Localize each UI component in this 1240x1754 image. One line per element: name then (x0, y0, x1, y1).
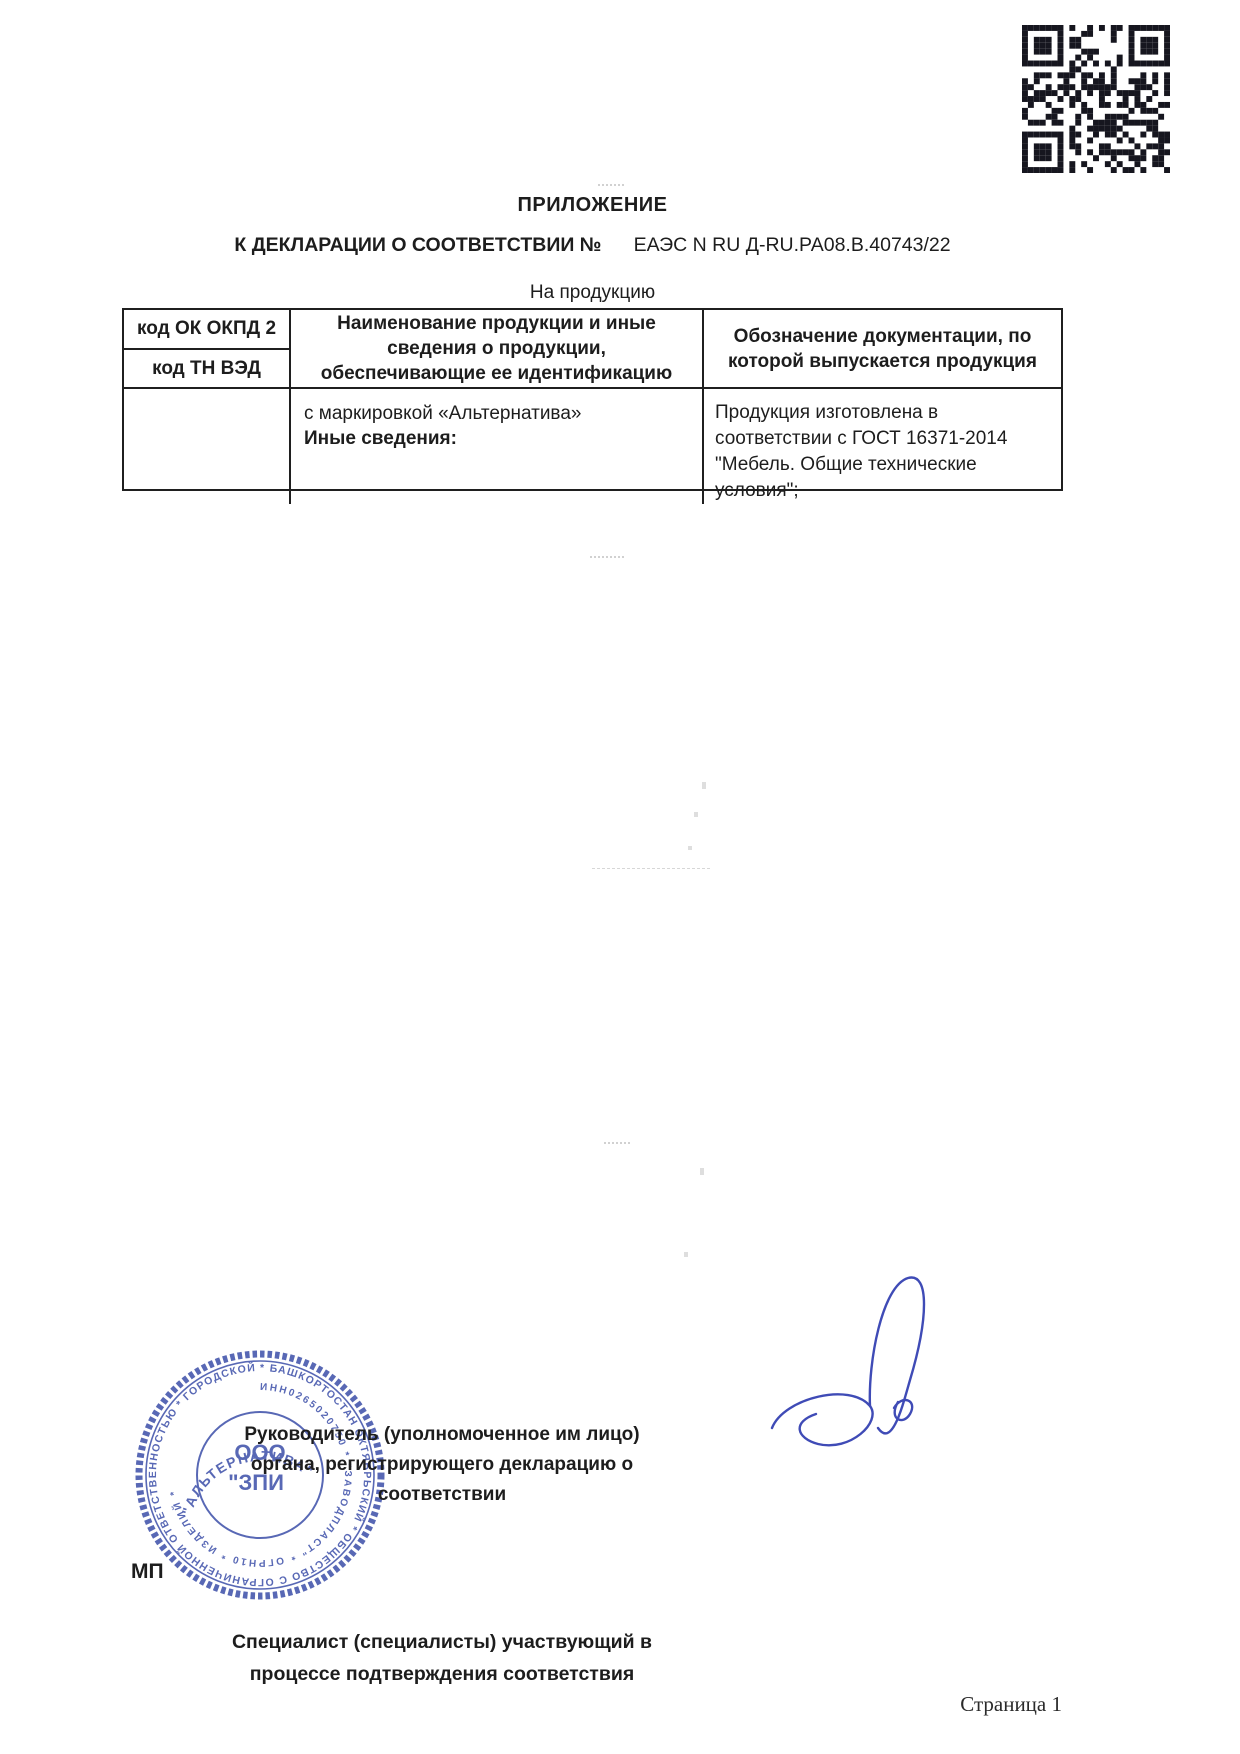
header-tnved: код ТН ВЭД (124, 350, 289, 388)
table-cell-code (124, 387, 289, 504)
doc-line: соответствии с ГОСТ 16371-2014 (715, 426, 1053, 452)
products-caption: На продукцию (122, 282, 1063, 304)
declaration-number-label: К ДЕКЛАРАЦИИ О СООТВЕТСТВИИ № (234, 234, 601, 257)
scan-artifact (700, 1168, 704, 1175)
header-line: обеспечивающие ее идентификацию (321, 361, 672, 386)
declaration-number: ЕАЭС N RU Д-RU.РА08.В.40743/22 (634, 234, 951, 257)
table-header-codes: код ОК ОКПД 2 код ТН ВЭД (124, 310, 289, 387)
qr-code (1022, 25, 1170, 173)
head-title-line: Руководитель (уполномоченное им лицо) (186, 1420, 698, 1450)
doc-line: Продукция изготовлена в (715, 400, 1053, 426)
doc-line: "Мебель. Общие технические (715, 452, 1053, 478)
scan-artifact (592, 868, 710, 869)
specialist-title-line: процессе подтверждения соответствия (186, 1658, 698, 1690)
product-marking: с маркировкой «Альтернатива» (304, 401, 692, 426)
scan-artifact (598, 184, 624, 191)
specialist-title: Специалист (специалисты) участвующий в п… (186, 1626, 698, 1690)
specialist-title-line: Специалист (специалисты) участвующий в (186, 1626, 698, 1658)
mp-label: МП (131, 1560, 164, 1584)
header-line: сведения о продукции, (387, 336, 606, 361)
scan-artifact (702, 782, 706, 789)
scan-artifact (590, 556, 624, 563)
scan-artifact (684, 1252, 688, 1257)
handwritten-signature (758, 1262, 948, 1472)
header-line: Обозначение документации, по (734, 324, 1032, 349)
document-page: ПРИЛОЖЕНИЕ К ДЕКЛАРАЦИИ О СООТВЕТСТВИИ №… (0, 0, 1240, 1754)
table-header-product-name: Наименование продукции и иные сведения о… (289, 310, 702, 387)
doc-line: условия"; (715, 478, 1053, 504)
header-line: Наименование продукции и иные (337, 311, 656, 336)
head-title-line: органа, регистрирующего декларацию о (186, 1450, 698, 1480)
scan-artifact (604, 1142, 630, 1149)
header-line: которой выпускается продукция (728, 349, 1037, 374)
scan-artifact (694, 812, 698, 817)
other-info-label: Иные сведения: (304, 426, 692, 451)
declaration-subtitle: К ДЕКЛАРАЦИИ О СООТВЕТСТВИИ № ЕАЭС N RU … (122, 234, 1063, 257)
table-cell-product-name: с маркировкой «Альтернатива» Иные сведен… (289, 387, 702, 504)
scan-artifact (688, 846, 692, 850)
page-number: Страница 1 (960, 1692, 1062, 1717)
head-signatory-title: Руководитель (уполномоченное им лицо) ор… (186, 1420, 698, 1510)
products-table: код ОК ОКПД 2 код ТН ВЭД Наименование пр… (122, 308, 1063, 491)
head-title-line: соответствии (186, 1480, 698, 1510)
page-title: ПРИЛОЖЕНИЕ (122, 194, 1063, 217)
header-okpd2: код ОК ОКПД 2 (124, 310, 289, 350)
table-header-documentation: Обозначение документации, по которой вып… (702, 310, 1061, 387)
table-cell-documentation: Продукция изготовлена в соответствии с Г… (702, 387, 1061, 504)
